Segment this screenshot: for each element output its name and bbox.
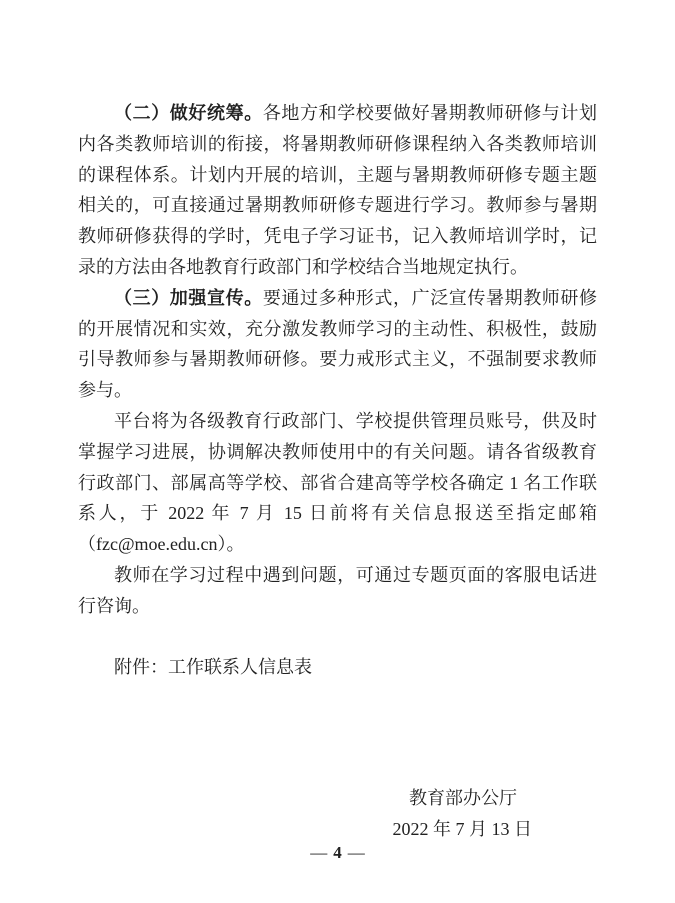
paragraph-4-line-3: 行政部门、部属高等学校、部省合建高等学校各确定 1 名工作联 — [78, 468, 597, 499]
page-number-dash-right: — — [348, 844, 365, 862]
paragraph-4-line-5-email: （fzc@moe.edu.cn）。 — [78, 529, 597, 560]
paragraph-2-line-3: 的课程体系。计划内开展的培训，主题与暑期教师研修专题主题 — [78, 160, 597, 191]
paragraph-4-line-2: 掌握学习进展，协调解决教师使用中的有关问题。请各省级教育 — [78, 437, 597, 468]
paragraph-2-line-1: （二）做好统筹。各地方和学校要做好暑期教师研修与计划 — [78, 98, 597, 129]
paragraph-2-line-4: 相关的，可直接通过暑期教师研修专题进行学习。教师参与暑期 — [78, 190, 597, 221]
paragraph-2-line-6: 录的方法由各地教育行政部门和学校结合当地规定执行。 — [78, 252, 597, 283]
signature-spacer — [78, 683, 597, 783]
blank-line — [78, 622, 597, 653]
paragraph-3-line-2: 的开展情况和实效，充分激发教师学习的主动性、积极性，鼓励 — [78, 314, 597, 345]
paragraph-2-line-1-text: 各地方和学校要做好暑期教师研修与计划 — [263, 103, 597, 123]
attachment-line: 附件：工作联系人信息表 — [78, 652, 597, 683]
document-body: （二）做好统筹。各地方和学校要做好暑期教师研修与计划 内各类教师培训的衔接，将暑… — [78, 98, 597, 845]
page-number: —4— — [0, 844, 675, 862]
signature-date: 2022 年 7 月 13 日 — [78, 814, 597, 845]
signature-organization: 教育部办公厅 — [78, 783, 597, 814]
paragraph-3-line-4: 参与。 — [78, 375, 597, 406]
paragraph-4-line-1: 平台将为各级教育行政部门、学校提供管理员账号，供及时 — [78, 406, 597, 437]
section-3-heading: （三）加强宣传。 — [114, 288, 263, 308]
section-2-heading: （二）做好统筹。 — [114, 103, 263, 123]
page-number-value: 4 — [333, 843, 342, 862]
paragraph-3-line-1: （三）加强宣传。要通过多种形式，广泛宣传暑期教师研修 — [78, 283, 597, 314]
paragraph-5-line-2: 行咨询。 — [78, 591, 597, 622]
paragraph-5-line-1: 教师在学习过程中遇到问题，可通过专题页面的客服电话进 — [78, 560, 597, 591]
document-page: { "colors": { "paper": "#ffffff", "ink":… — [0, 0, 675, 903]
paragraph-3-line-1-text: 要通过多种形式，广泛宣传暑期教师研修 — [263, 288, 597, 308]
page-number-dash-left: — — [310, 844, 327, 862]
paragraph-4-line-4: 系人，于 2022 年 7 月 15 日前将有关信息报送至指定邮箱 — [78, 498, 597, 529]
paragraph-3-line-3: 引导教师参与暑期教师研修。要力戒形式主义，不强制要求教师 — [78, 344, 597, 375]
paragraph-2-line-2: 内各类教师培训的衔接，将暑期教师研修课程纳入各类教师培训 — [78, 129, 597, 160]
paragraph-2-line-5: 教师研修获得的学时，凭电子学习证书，记入教师培训学时，记 — [78, 221, 597, 252]
